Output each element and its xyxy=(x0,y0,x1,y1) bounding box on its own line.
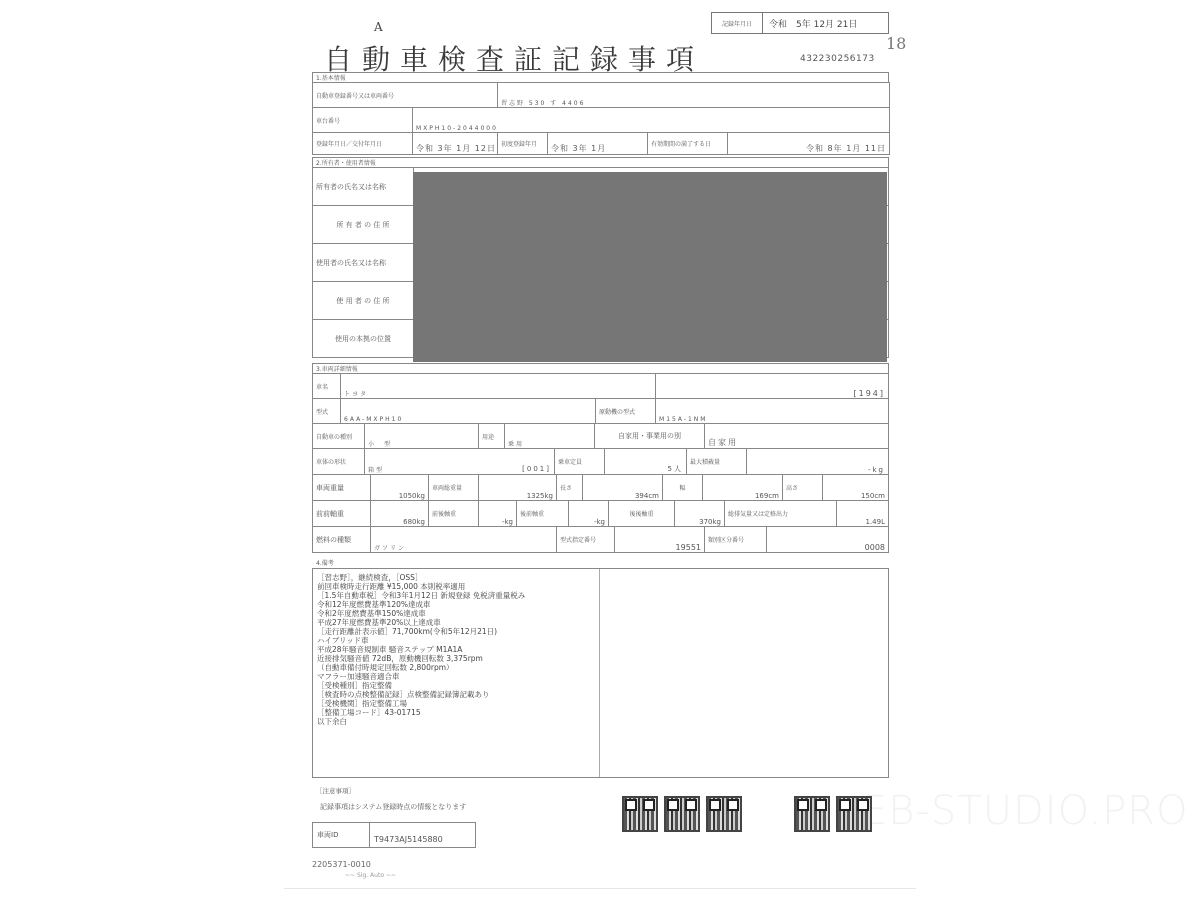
remarks-left-column: ［習志野］，継続検査，［OSS］ 前回車検時走行距離 ¥15,000 本則税率適… xyxy=(313,569,600,777)
vehicle-type-value: 小 型 xyxy=(365,424,479,449)
front-rear-axle-value: -kg xyxy=(479,501,517,527)
expiry-date-label: 有効期間の満了する日 xyxy=(648,133,728,155)
rear-rear-axle-label: 後後軸重 xyxy=(609,501,675,527)
section-2-heading: 2.所有者・使用者情報 xyxy=(316,158,376,167)
document-number: 432230256173 xyxy=(800,54,875,64)
body-shape-code: [001] xyxy=(522,465,551,473)
type-designation-label: 型式指定番号 xyxy=(557,527,615,553)
private-business-label: 自家用・事業用の別 xyxy=(595,424,705,449)
vehicle-weight-label: 車両重量 xyxy=(313,475,371,501)
length-label: 長さ xyxy=(557,475,583,501)
qr-code-icon xyxy=(836,796,872,832)
serial-number: 2205371-0010 xyxy=(312,860,371,869)
displacement-label: 総排気量又は定格出力 xyxy=(725,501,837,527)
basic-info-table: 自動車登録番号又は車両番号 習志野 530 す 4406 車台番号 MXPH10… xyxy=(312,82,890,155)
caution-text: 記録事項はシステム登録時点の情報となります xyxy=(320,802,466,812)
body-shape-text: 箱型 xyxy=(368,467,384,474)
vehicle-dimensions-table: 車両重量 1050kg 車両総重量 1325kg 長さ 394cm 幅 169c… xyxy=(312,474,889,501)
body-shape-label: 車体の形状 xyxy=(313,449,365,475)
capacity-label: 乗車定員 xyxy=(555,449,605,475)
maker-code: [194] xyxy=(656,374,889,399)
rear-front-axle-label: 後前軸重 xyxy=(517,501,569,527)
qr-code-icon xyxy=(794,796,830,832)
chassis-number-value: MXPH10-2044000 xyxy=(413,108,890,133)
model-label: 型式 xyxy=(313,399,341,424)
height-label: 高さ xyxy=(783,475,823,501)
height-value: 150cm xyxy=(823,475,889,501)
axle-weight-table: 前前軸重 680kg 前後軸重 -kg 後前軸重 -kg 後後軸重 370kg … xyxy=(312,500,889,527)
maker-value: トヨタ xyxy=(341,374,656,399)
gross-weight-value: 1325kg xyxy=(479,475,557,501)
gross-weight-label: 車両総重量 xyxy=(429,475,479,501)
vehicle-detail-table-1: 車名 トヨタ [194] 型式 6AA-MXPH10 原動機の型式 M15A-1… xyxy=(312,373,889,424)
redaction-block xyxy=(413,172,887,362)
purpose-label: 用途 xyxy=(479,424,505,449)
watermark: EB-STUDIO.PRO xyxy=(862,788,1189,834)
registration-number-value: 習志野 530 す 4406 xyxy=(498,83,890,108)
page-bottom-edge xyxy=(284,888,916,889)
vehicle-type-label: 自動車の種別 xyxy=(313,424,365,449)
max-load-value: -kg xyxy=(747,449,889,475)
owner-name-label: 所有者の氏名又は名称 xyxy=(313,168,414,206)
vehicle-weight-value: 1050kg xyxy=(371,475,429,501)
form-mark: A xyxy=(374,20,383,34)
vehicle-detail-table-3: 車体の形状 箱型[001] 乗車定員 5人 最大積載量 -kg xyxy=(312,448,889,475)
front-rear-axle-label: 前後軸重 xyxy=(429,501,479,527)
length-value: 394cm xyxy=(583,475,663,501)
remarks-text: ［習志野］，継続検査，［OSS］ 前回車検時走行距離 ¥15,000 本則税率適… xyxy=(317,573,525,726)
width-label: 幅 xyxy=(663,475,703,501)
fuel-label: 燃料の種類 xyxy=(313,527,371,553)
section-4-heading: 4.備考 xyxy=(316,558,334,567)
front-front-axle-value: 680kg xyxy=(371,501,429,527)
maker-label: 車名 xyxy=(313,374,341,399)
model-value: 6AA-MXPH10 xyxy=(341,399,596,424)
category-number-label: 類別区分番号 xyxy=(705,527,767,553)
expiry-date-value: 令和 8年 1月 11日 xyxy=(728,133,890,155)
section-3-heading: 3.車両詳細情報 xyxy=(316,364,358,373)
first-registration-label: 初度登録年月 xyxy=(498,133,548,155)
section-1-heading: 1.基本情報 xyxy=(316,73,346,82)
record-date-value: 令和 5年 12月 21日 xyxy=(763,13,888,33)
registration-date-value: 令和 3年 1月 12日 xyxy=(413,133,498,155)
registration-number-label: 自動車登録番号又は車両番号 xyxy=(313,83,498,108)
engine-model-value: M15A-1NM xyxy=(656,399,889,424)
vehicle-id-label: 車両ID xyxy=(313,823,370,847)
user-name-label: 使用者の氏名又は名称 xyxy=(313,244,414,282)
body-shape-value: 箱型[001] xyxy=(365,449,555,475)
vehicle-detail-table-2: 自動車の種別 小 型 用途 乗用 自家用・事業用の別 自家用 xyxy=(312,423,889,449)
user-address-label: 使 用 者 の 住 所 xyxy=(313,282,414,320)
qr-code-icon xyxy=(622,796,658,832)
fuel-value: ガソリン xyxy=(371,527,557,553)
front-front-axle-label: 前前軸重 xyxy=(313,501,371,527)
vehicle-id-value: T9473AJ5145880 xyxy=(370,823,475,847)
vehicle-id-box: 車両ID T9473AJ5145880 xyxy=(312,822,476,848)
purpose-value: 乗用 xyxy=(505,424,595,449)
rear-front-axle-value: -kg xyxy=(569,501,609,527)
section-3-bar xyxy=(312,363,889,373)
record-date-box: 記録年月日 令和 5年 12月 21日 xyxy=(711,12,889,34)
width-value: 169cm xyxy=(703,475,783,501)
remarks-box: ［習志野］，継続検査，［OSS］ 前回車検時走行距離 ¥15,000 本則税率適… xyxy=(312,568,889,778)
handwritten-mark: 18 xyxy=(886,34,906,53)
capacity-value: 5人 xyxy=(605,449,687,475)
qr-code-icon xyxy=(706,796,742,832)
qr-code-icon xyxy=(664,796,700,832)
chassis-number-label: 車台番号 xyxy=(313,108,413,133)
private-business-value: 自家用 xyxy=(705,424,889,449)
engine-model-label: 原動機の型式 xyxy=(596,399,656,424)
section-1-bar xyxy=(312,72,889,82)
fuel-table: 燃料の種類 ガソリン 型式指定番号 19551 類別区分番号 0008 xyxy=(312,526,889,553)
type-designation-value: 19551 xyxy=(615,527,705,553)
record-date-label: 記録年月日 xyxy=(712,13,763,33)
handwritten-note: ~~ Sig. Auto ~~ xyxy=(345,872,396,879)
first-registration-value: 令和 3年 1月 xyxy=(548,133,648,155)
section-2-bar xyxy=(312,157,889,167)
base-location-label: 使用の本拠の位置 xyxy=(313,320,414,358)
caution-heading: ［注意事項］ xyxy=(316,786,355,795)
category-number-value: 0008 xyxy=(767,527,889,553)
owner-address-label: 所 有 者 の 住 所 xyxy=(313,206,414,244)
rear-rear-axle-value: 370kg xyxy=(675,501,725,527)
displacement-value: 1.49L xyxy=(837,501,889,527)
registration-date-label: 登録年月日／交付年月日 xyxy=(313,133,413,155)
max-load-label: 最大積載量 xyxy=(687,449,747,475)
